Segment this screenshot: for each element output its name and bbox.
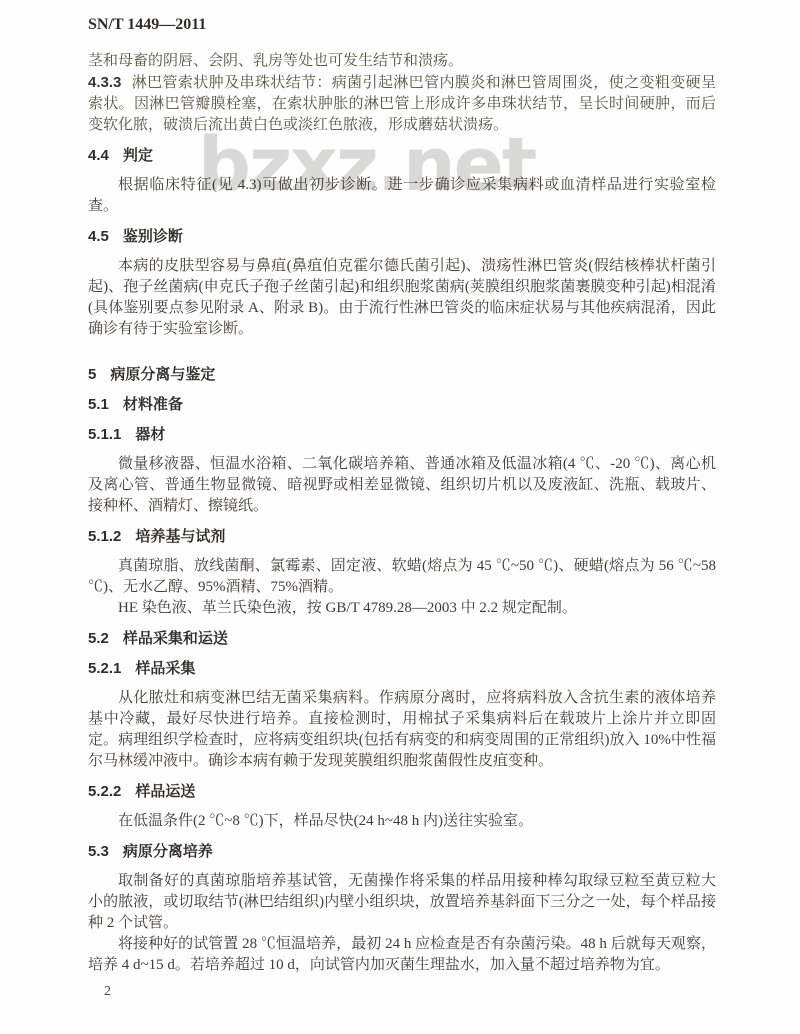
heading-title: 病原分离与鉴定 <box>110 366 215 383</box>
heading-title: 材料准备 <box>123 396 183 413</box>
heading-number: 5.2 <box>88 630 109 647</box>
paragraph-4-4: 根据临床特征(见 4.3)可做出初步诊断。进一步确诊应采集病料或血清样品进行实验… <box>88 175 716 217</box>
heading-title: 样品采集和运送 <box>123 630 228 647</box>
heading-4-5: 4.5鉴别诊断 <box>88 226 716 247</box>
heading-number: 5.1.1 <box>88 426 121 443</box>
page-number: 2 <box>104 983 716 1001</box>
heading-5: 5病原分离与鉴定 <box>88 364 716 385</box>
heading-5-1-1: 5.1.1器材 <box>88 424 716 445</box>
heading-number: 5 <box>88 366 96 383</box>
clause-number: 4.3.3 <box>88 74 121 91</box>
heading-number: 4.4 <box>88 147 109 164</box>
heading-number: 5.1 <box>88 396 109 413</box>
paragraph-5-2-2: 在低温条件(2 ℃~8 ℃)下，样品尽快(24 h~48 h 内)送往实验室。 <box>88 811 716 832</box>
heading-title: 器材 <box>135 426 165 443</box>
heading-5-3: 5.3病原分离培养 <box>88 841 716 862</box>
heading-5-2: 5.2样品采集和运送 <box>88 628 716 649</box>
heading-5-1: 5.1材料准备 <box>88 394 716 415</box>
paragraph-5-3-b: 将接种好的试管置 28 ℃恒温培养，最初 24 h 应检查是否有杂菌污染。48 … <box>88 934 716 976</box>
heading-number: 5.3 <box>88 843 109 860</box>
heading-4-4: 4.4判定 <box>88 145 716 166</box>
clause-text: 淋巴管索状肿及串珠状结节：病菌引起淋巴管内膜炎和淋巴管周围炎，使之变粗变硬呈索状… <box>88 75 716 133</box>
document-page: bzxz.net SN/T 1449—2011 茎和母畜的阴唇、会阴、乳房等处也… <box>0 0 800 1034</box>
standard-number-header: SN/T 1449—2011 <box>88 14 716 35</box>
paragraph-5-1-1: 微量移液器、恒温水浴箱、二氧化碳培养箱、普通冰箱及低温冰箱(4 ℃、-20 ℃)… <box>88 454 716 517</box>
heading-number: 4.5 <box>88 228 109 245</box>
heading-5-1-2: 5.1.2培养基与试剂 <box>88 526 716 547</box>
paragraph-5-1-2-b: HE 染色液、革兰氏染色液，按 GB/T 4789.28—2003 中 2.2 … <box>88 598 716 619</box>
heading-5-2-1: 5.2.1样品采集 <box>88 658 716 679</box>
heading-number: 5.1.2 <box>88 528 121 545</box>
heading-5-2-2: 5.2.2样品运送 <box>88 781 716 802</box>
clause-4-3-3: 4.3.3淋巴管索状肿及串珠状结节：病菌引起淋巴管内膜炎和淋巴管周围炎，使之变粗… <box>88 72 716 136</box>
heading-title: 培养基与试剂 <box>135 528 225 545</box>
heading-title: 病原分离培养 <box>123 843 213 860</box>
paragraph-5-3-a: 取制备好的真菌琼脂培养基试管，无菌操作将采集的样品用接种棒勾取绿豆粒至黄豆粒大小… <box>88 871 716 934</box>
paragraph-continuation: 茎和母畜的阴唇、会阴、乳房等处也可发生结节和溃疡。 <box>88 51 716 72</box>
heading-title: 样品采集 <box>135 660 195 677</box>
heading-title: 鉴别诊断 <box>123 228 183 245</box>
heading-number: 5.2.1 <box>88 660 121 677</box>
heading-title: 样品运送 <box>135 783 195 800</box>
page-content: SN/T 1449—2011 茎和母畜的阴唇、会阴、乳房等处也可发生结节和溃疡。… <box>88 14 716 1001</box>
heading-title: 判定 <box>123 147 153 164</box>
paragraph-5-2-1: 从化脓灶和病变淋巴结无菌采集病料。作病原分离时，应将病料放入含抗生素的液体培养基… <box>88 688 716 772</box>
heading-number: 5.2.2 <box>88 783 121 800</box>
paragraph-4-5: 本病的皮肤型容易与鼻疽(鼻疽伯克霍尔德氏菌引起)、溃疡性淋巴管炎(假结核棒状杆菌… <box>88 256 716 340</box>
paragraph-5-1-2-a: 真菌琼脂、放线菌酮、氯霉素、固定液、软蜡(熔点为 45 ℃~50 ℃)、硬蜡(熔… <box>88 556 716 598</box>
